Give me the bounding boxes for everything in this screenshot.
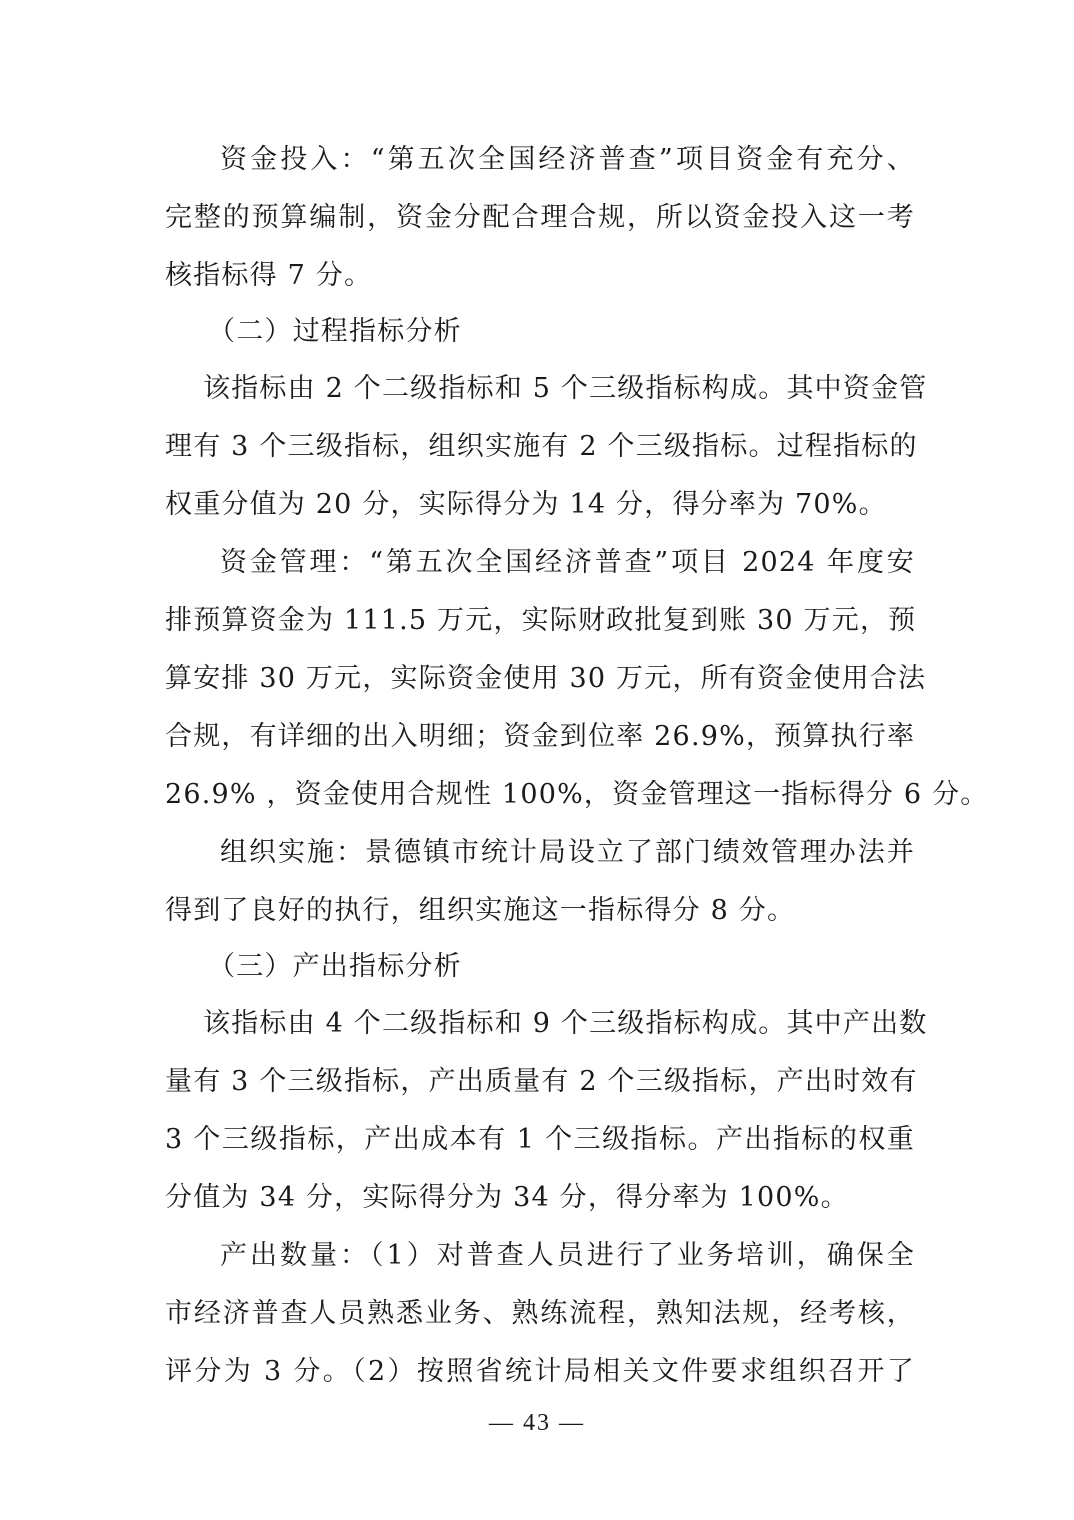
output-quantity-line-2: 市经济普查人员熟悉业务、熟练流程，熟知法规，经考核， bbox=[165, 1297, 915, 1331]
output-quantity-line-1: 产出数量：（1）对普查人员进行了业务培训，确保全 bbox=[220, 1239, 915, 1273]
funding-management-line-3: 算安排 30 万元，实际资金使用 30 万元，所有资金使用合法 bbox=[165, 662, 915, 696]
process-summary-line-1: 该指标由 2 个二级指标和 5 个三级指标构成。其中资金管 bbox=[203, 372, 910, 406]
funding-management-line-5: 26.9% ，资金使用合规性 100%，资金管理这一指标得分 6 分。 bbox=[165, 778, 915, 812]
funding-input-line-1: 资金投入：“第五次全国经济普查”项目资金有充分、 bbox=[220, 143, 915, 177]
funding-management-line-1: 资金管理：“第五次全国经济普查”项目 2024 年度安 bbox=[220, 546, 915, 580]
output-summary-line-3: 3 个三级指标，产出成本有 1 个三级指标。产出指标的权重 bbox=[165, 1123, 915, 1157]
process-summary-line-3: 权重分值为 20 分，实际得分为 14 分，得分率为 70%。 bbox=[165, 488, 915, 522]
funding-input-line-3: 核指标得 7 分。 bbox=[165, 259, 915, 293]
organization-line-1: 组织实施：景德镇市统计局设立了部门绩效管理办法并 bbox=[220, 836, 915, 870]
funding-management-line-2: 排预算资金为 111.5 万元，实际财政批复到账 30 万元，预 bbox=[165, 604, 915, 638]
output-quantity-line-3: 评分为 3 分。（2）按照省统计局相关文件要求组织召开了 bbox=[165, 1355, 915, 1389]
page-number: — 43 — bbox=[0, 1410, 1074, 1437]
output-summary-line-2: 量有 3 个三级指标，产出质量有 2 个三级指标，产出时效有 bbox=[165, 1065, 915, 1099]
process-summary-line-2: 理有 3 个三级指标，组织实施有 2 个三级指标。过程指标的 bbox=[165, 430, 915, 464]
funding-management-line-4: 合规，有详细的出入明细；资金到位率 26.9%，预算执行率 bbox=[165, 720, 915, 754]
output-summary-line-4: 分值为 34 分，实际得分为 34 分，得分率为 100%。 bbox=[165, 1181, 915, 1215]
document-page: 资金投入：“第五次全国经济普查”项目资金有充分、 完整的预算编制，资金分配合理合… bbox=[0, 0, 1074, 1520]
output-summary-line-1: 该指标由 4 个二级指标和 9 个三级指标构成。其中产出数 bbox=[203, 1007, 910, 1041]
heading-output-indicators: （三）产出指标分析 bbox=[208, 950, 958, 984]
heading-process-indicators: （二）过程指标分析 bbox=[208, 315, 958, 349]
funding-input-line-2: 完整的预算编制，资金分配合理合规，所以资金投入这一考 bbox=[165, 201, 915, 235]
organization-line-2: 得到了良好的执行，组织实施这一指标得分 8 分。 bbox=[165, 894, 915, 928]
